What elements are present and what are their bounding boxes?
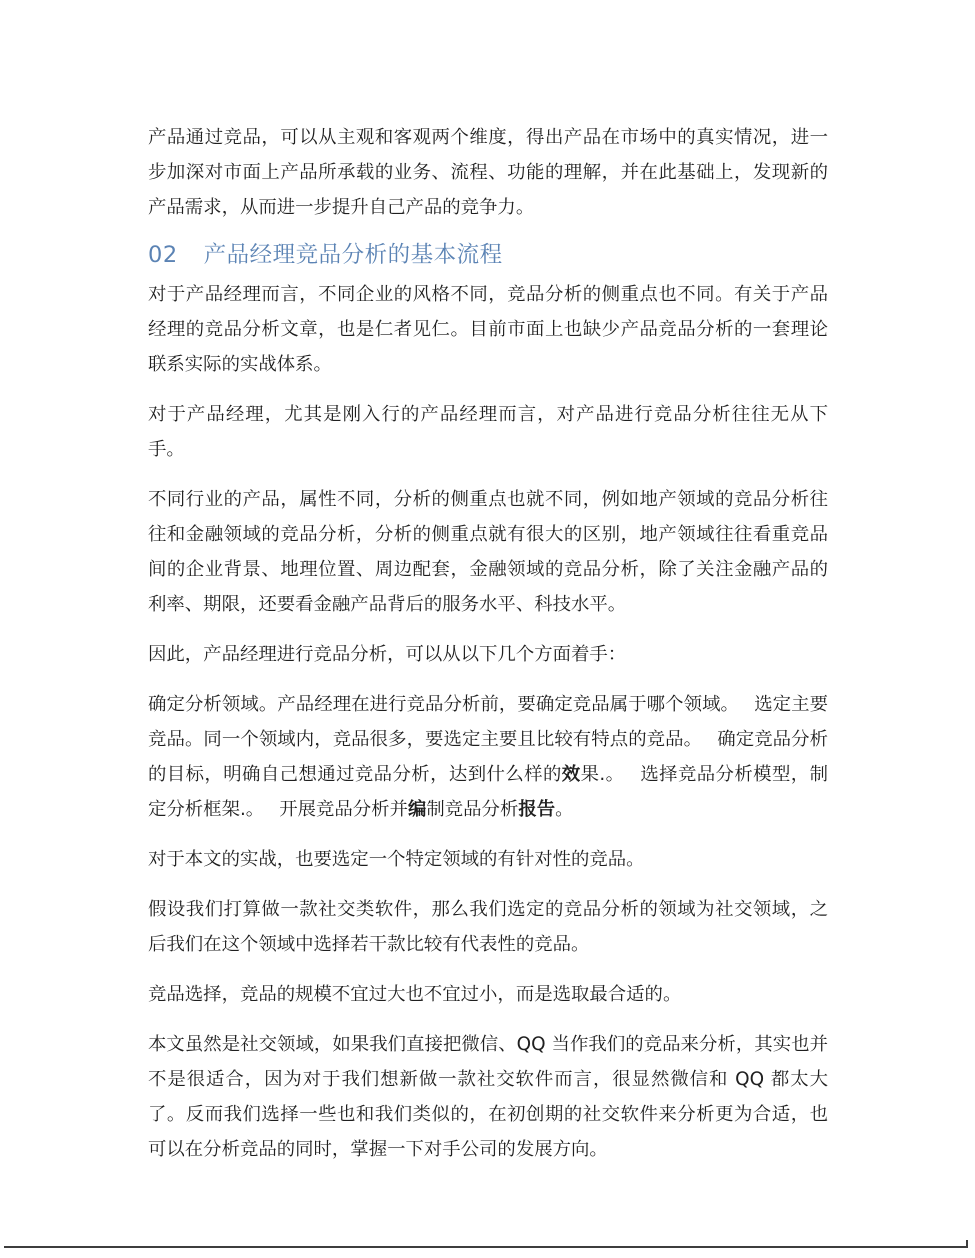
- process-steps-paragraph: 确定分析领域。产品经理在进行竞品分析前，要确定竞品属于哪个领域。 选定主要竞品。…: [148, 687, 828, 827]
- section-title: 产品经理竞品分析的基本流程: [204, 242, 503, 268]
- page-bottom-edge: [4, 1246, 968, 1248]
- body-paragraph-3: 不同行业的产品，属性不同，分析的侧重点也就不同，例如地产领域的竞品分析往往和金融…: [148, 482, 828, 622]
- bold-text-run: 效: [562, 764, 581, 785]
- body-paragraph-7: 竞品选择，竞品的规模不宜过大也不宜过小，而是选取最合适的。: [148, 977, 828, 1012]
- body-paragraph-1: 对于产品经理而言，不同企业的风格不同，竞品分析的侧重点也不同。有关于产品经理的竞…: [148, 277, 828, 382]
- bold-text-run: 报告: [518, 799, 555, 820]
- body-paragraph-5: 对于本文的实战，也要选定一个特定领域的有针对性的竞品。: [148, 842, 828, 877]
- body-paragraph-6: 假设我们打算做一款社交类软件，那么我们选定的竞品分析的领域为社交领域，之后我们在…: [148, 892, 828, 962]
- body-paragraph-2: 对于产品经理，尤其是刚入行的产品经理而言，对产品进行竞品分析往往无从下手。: [148, 397, 828, 467]
- text-run: 制竞品分析: [426, 799, 518, 820]
- bold-text-run: 编: [408, 799, 426, 820]
- intro-paragraph: 产品通过竞品，可以从主观和客观两个维度，得出产品在市场中的真实情况，进一步加深对…: [148, 120, 828, 225]
- text-run: 。: [555, 799, 573, 820]
- section-heading: 02产品经理竞品分析的基本流程: [148, 240, 828, 270]
- section-number: 02: [148, 242, 178, 268]
- page-bottom-edge-corner: [966, 1240, 968, 1248]
- body-paragraph-4: 因此，产品经理进行竞品分析，可以从以下几个方面着手：: [148, 637, 828, 672]
- page-content: 产品通过竞品，可以从主观和客观两个维度，得出产品在市场中的真实情况，进一步加深对…: [148, 120, 828, 1182]
- document-page: 产品通过竞品，可以从主观和客观两个维度，得出产品在市场中的真实情况，进一步加深对…: [0, 0, 975, 1258]
- body-paragraph-8: 本文虽然是社交领域，如果我们直接把微信、QQ 当作我们的竞品来分析，其实也并不是…: [148, 1027, 828, 1167]
